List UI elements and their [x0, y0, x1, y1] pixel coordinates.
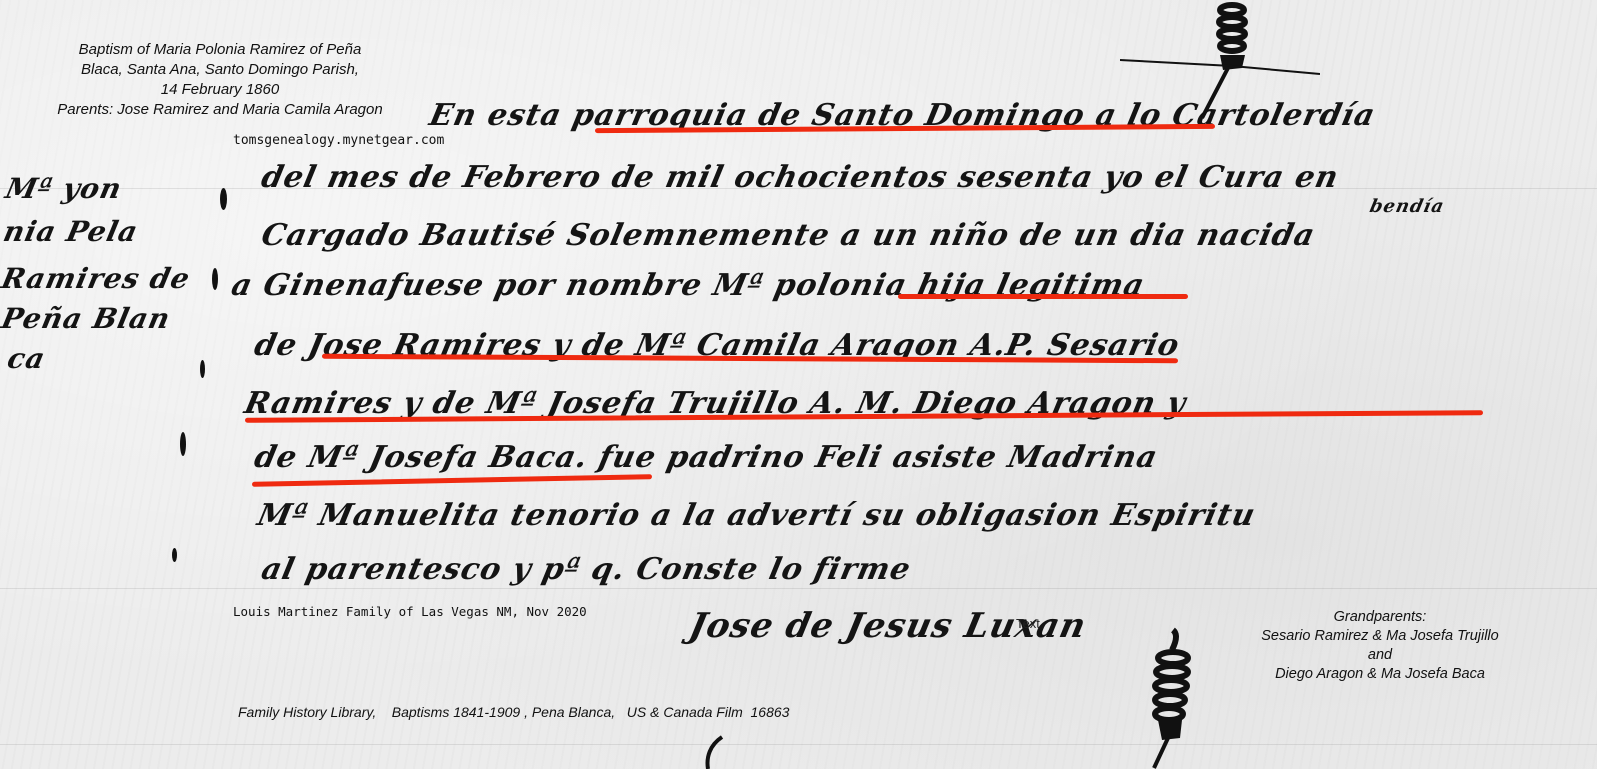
- signature-rubric-icon: [1140, 620, 1220, 769]
- website-watermark: tomsgenealogy.mynetgear.com: [233, 133, 444, 148]
- ink-mark: [220, 188, 227, 210]
- source-citation: Family History Library, Baptisms 1841-19…: [238, 704, 789, 720]
- ink-mark: [212, 268, 218, 290]
- underline-child-name: [898, 294, 1188, 299]
- margin-note-line: ca: [4, 342, 48, 375]
- record-superscript: bendía: [1368, 196, 1447, 217]
- margin-note-line: Mª yon: [2, 172, 125, 205]
- record-line: al parentesco y pª q. Conste lo firme: [258, 552, 914, 587]
- caption-title-line: Baptism of Maria Polonia Ramirez of Peña: [20, 40, 420, 60]
- margin-note-line: Peña Blan: [0, 302, 174, 335]
- paper-rule-line: [0, 744, 1597, 745]
- ink-mark: [180, 432, 186, 456]
- caption-parents-line: Parents: Jose Ramirez and Maria Camila A…: [20, 100, 420, 120]
- paper-rule-line: [0, 588, 1597, 589]
- ink-mark: [172, 548, 177, 562]
- record-line: Cargado Bautisé Solemnemente a un niño d…: [258, 218, 1318, 253]
- maternal-grandparents: Diego Aragon & Ma Josefa Baca: [1225, 665, 1535, 684]
- record-line: del mes de Febrero de mil ochocientos se…: [258, 160, 1342, 195]
- caption-date-line: 14 February 1860: [20, 80, 420, 100]
- caption-place-line: Blaca, Santa Ana, Santo Domingo Parish,: [20, 60, 420, 80]
- paternal-grandparents: Sesario Ramirez & Ma Josefa Trujillo: [1225, 627, 1535, 646]
- margin-note-line: Ramires de: [0, 262, 193, 295]
- grandparents-caption: Grandparents: Sesario Ramirez & Ma Josef…: [1225, 608, 1535, 684]
- rubric-flourish-icon: [1120, 0, 1320, 140]
- ink-mark: [200, 360, 205, 378]
- ink-stroke: [700, 735, 730, 769]
- credit-line: Louis Martinez Family of Las Vegas NM, N…: [233, 604, 587, 619]
- grandparents-and: and: [1225, 646, 1535, 665]
- header-caption: Baptism of Maria Polonia Ramirez of Peña…: [20, 40, 420, 120]
- margin-note-line: nia Pela: [0, 215, 141, 248]
- grandparents-title: Grandparents:: [1225, 608, 1535, 627]
- record-line: de Mª Josefa Baca. fue padrino Feli asis…: [251, 440, 1161, 475]
- record-line: Mª Manuelita tenorio a la advertí su obl…: [254, 498, 1259, 533]
- stray-text-label: Text: [1016, 616, 1040, 631]
